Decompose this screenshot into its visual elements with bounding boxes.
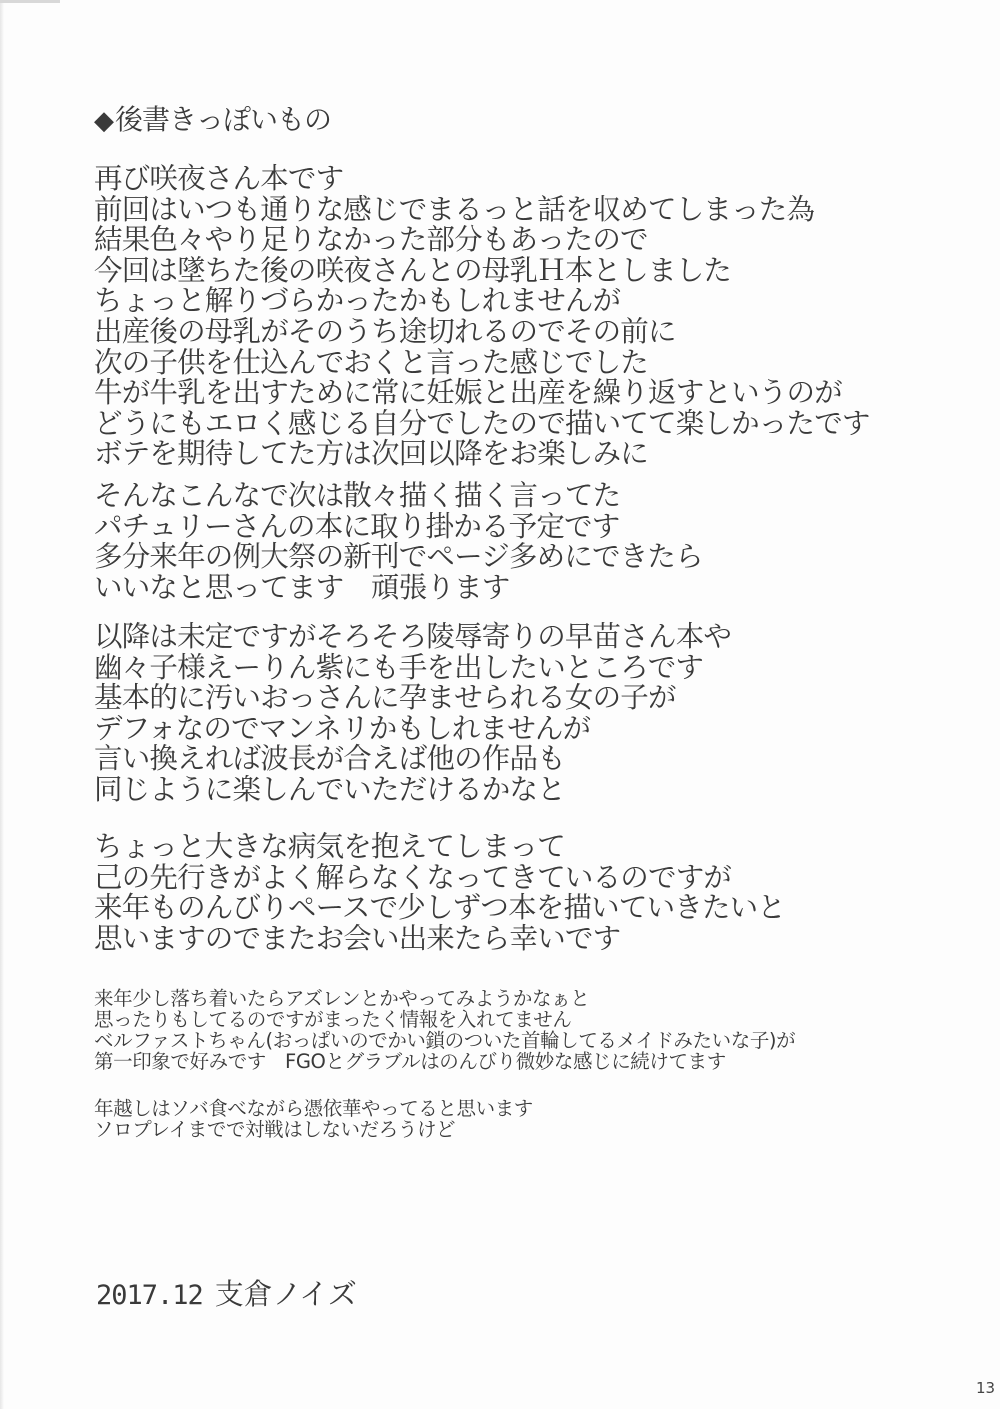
text-line: 年越しはソバ食べながら憑依華やってると思います bbox=[94, 1098, 533, 1119]
page-edge-shadow bbox=[0, 0, 4, 1409]
text-line: 思ったりもしてるのですがまったく情報を入れてません bbox=[94, 1009, 795, 1030]
text-line: 再び咲夜さん本です bbox=[94, 164, 870, 195]
text-line: 出産後の母乳がそのうち途切れるのでその前に bbox=[94, 317, 870, 348]
note-paragraph-1: 来年少し落ち着いたらアズレンとかやってみようかなぁと 思ったりもしてるのですがま… bbox=[94, 988, 795, 1072]
text-line: 第一印象で好みです FGOとグラブルはのんびり微妙な感じに続けてます bbox=[94, 1051, 795, 1072]
text-line: ソロプレイまでで対戦はしないだろうけど bbox=[94, 1119, 533, 1140]
text-line: 言い換えれば波長が合えば他の作品も bbox=[94, 744, 731, 775]
text-line: ベルファストちゃん(おっぱいのでかい鎖のついた首輪してるメイドみたいな子)が bbox=[94, 1030, 795, 1051]
page-edge-mark bbox=[0, 0, 60, 3]
text-line: 同じように楽しんでいただけるかなと bbox=[94, 775, 731, 806]
text-line: いいなと思ってます 頑張ります bbox=[94, 573, 703, 604]
text-line: 前回はいつも通りな感じでまるっと話を収めてしまった為 bbox=[94, 195, 870, 226]
diamond-bullet-icon: ◆ bbox=[94, 105, 113, 137]
text-line: どうにもエロく感じる自分でしたので描いてて楽しかったです bbox=[94, 409, 870, 440]
text-line: 思いますのでまたお会い出来たら幸いです bbox=[94, 924, 785, 955]
text-line: ちょっと解りづらかったかもしれませんが bbox=[94, 286, 870, 317]
text-line: デフォなのでマンネリかもしれませんが bbox=[94, 714, 731, 745]
text-line: 来年ものんびりペースで少しずつ本を描いていきたいと bbox=[94, 893, 785, 924]
paragraph-4: ちょっと大きな病気を抱えてしまって 己の先行きがよく解らなくなってきているのです… bbox=[94, 832, 785, 954]
afterword-heading: ◆後書きっぽいもの bbox=[94, 104, 331, 137]
note-paragraph-2: 年越しはソバ食べながら憑依華やってると思います ソロプレイまでで対戦はしないだろ… bbox=[94, 1098, 533, 1140]
signature-date: 2017.12 bbox=[96, 1280, 203, 1311]
text-line: 幽々子様えーりん紫にも手を出したいところです bbox=[94, 653, 731, 684]
paragraph-1: 再び咲夜さん本です 前回はいつも通りな感じでまるっと話を収めてしまった為 結果色… bbox=[94, 164, 870, 470]
text-line: 今回は墜ちた後の咲夜さんとの母乳Ｈ本としました bbox=[94, 256, 870, 287]
text-line: 牛が牛乳を出すために常に妊娠と出産を繰り返すというのが bbox=[94, 378, 870, 409]
text-line: 来年少し落ち着いたらアズレンとかやってみようかなぁと bbox=[94, 988, 795, 1009]
paragraph-3: 以降は未定ですがそろそろ陵辱寄りの早苗さん本や 幽々子様えーりん紫にも手を出した… bbox=[94, 622, 731, 806]
text-line: 己の先行きがよく解らなくなってきているのですが bbox=[94, 863, 785, 894]
text-line: そんなこんなで次は散々描く描く言ってた bbox=[94, 481, 703, 512]
page-number: 13 bbox=[976, 1379, 995, 1397]
text-line: 次の子供を仕込んでおくと言った感じでした bbox=[94, 348, 870, 379]
text-line: パチュリーさんの本に取り掛かる予定です bbox=[94, 512, 703, 543]
text-line: ちょっと大きな病気を抱えてしまって bbox=[94, 832, 785, 863]
paragraph-2: そんなこんなで次は散々描く描く言ってた パチュリーさんの本に取り掛かる予定です … bbox=[94, 481, 703, 603]
text-line: ボテを期待してた方は次回以降をお楽しみに bbox=[94, 439, 870, 470]
signature: 2017.12支倉ノイズ bbox=[96, 1278, 357, 1312]
text-line: 基本的に汚いおっさんに孕ませられる女の子が bbox=[94, 683, 731, 714]
signature-author: 支倉ノイズ bbox=[215, 1277, 357, 1311]
text-line: 結果色々やり足りなかった部分もあったので bbox=[94, 225, 870, 256]
text-line: 以降は未定ですがそろそろ陵辱寄りの早苗さん本や bbox=[94, 622, 731, 653]
text-line: 多分来年の例大祭の新刊でページ多めにできたら bbox=[94, 542, 703, 573]
heading-title: 後書きっぽいもの bbox=[115, 103, 331, 136]
